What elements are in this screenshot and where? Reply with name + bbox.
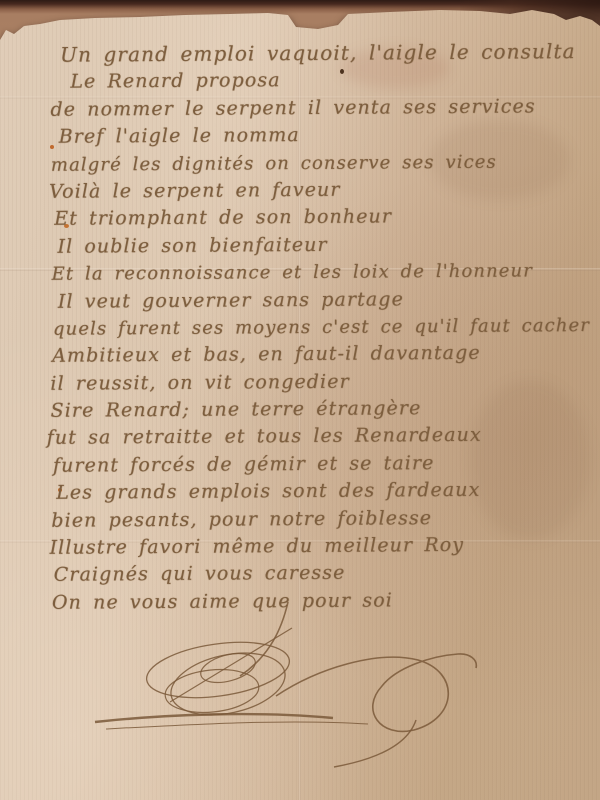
- poem-line: fut sa retraitte et tous les Renardeaux: [1, 421, 600, 453]
- flourish-underline-thin: [106, 722, 368, 729]
- signature-flourish: [78, 598, 498, 773]
- poem-line: Et triomphant de son bonheur: [0, 202, 599, 234]
- poem-line: de nommer le serpent il venta ses servic…: [0, 93, 599, 125]
- flourish-diagonal-stroke: [170, 628, 292, 702]
- poem-line: Voilà le serpent en faveur: [0, 175, 599, 207]
- poem-line: malgré les dignités on conserve ses vice…: [0, 147, 599, 179]
- poem-line: Illustre favori même du meilleur Roy: [1, 531, 600, 563]
- poem-line: Ambitieux et bas, en faut-il davantage: [0, 339, 600, 371]
- poem-line: quels furent ses moyens c'est ce qu'il f…: [0, 312, 600, 344]
- flourish-tail-stroke: [334, 720, 416, 767]
- poem-line: Il veut gouverner sans partage: [0, 284, 600, 316]
- poem-line: Les grands emplois sont des fardeaux: [1, 476, 600, 508]
- poem-line: Et la reconnoissance et les loix de l'ho…: [0, 257, 600, 289]
- flourish-underline-thick: [95, 714, 333, 722]
- poem-line: furent forcés de gémir et se taire: [1, 449, 600, 481]
- poem-line: bien pesants, pour notre foiblesse: [1, 504, 600, 536]
- flourish-right-curl: [276, 654, 476, 731]
- poem-line: Sire Renard; une terre étrangère: [0, 394, 600, 426]
- poem-line: Craignés qui vous caresse: [2, 558, 600, 590]
- flourish-loop: [143, 634, 293, 706]
- flourish-loop: [163, 665, 261, 717]
- photo-frame: Un grand emploi vaquoit, l'aigle le cons…: [0, 0, 600, 800]
- paper-shadow-wrapper: Un grand emploi vaquoit, l'aigle le cons…: [0, 0, 600, 800]
- poem-line: Bref l'aigle le nomma: [0, 120, 599, 152]
- poem-line: il reussit, on vit congedier: [0, 367, 600, 399]
- poem-line: Un grand emploi vaquoit, l'aigle le cons…: [0, 38, 598, 70]
- poem-line: On ne vous aime que pour soi: [2, 586, 600, 618]
- flourish-loop: [198, 648, 259, 688]
- poem-line: Le Renard proposa: [0, 65, 598, 97]
- poem-line: Il oublie son bienfaiteur: [0, 230, 600, 262]
- manuscript-paper: Un grand emploi vaquoit, l'aigle le cons…: [0, 0, 600, 800]
- poem-text: Un grand emploi vaquoit, l'aigle le cons…: [0, 38, 600, 617]
- flourish-loop: [165, 644, 291, 725]
